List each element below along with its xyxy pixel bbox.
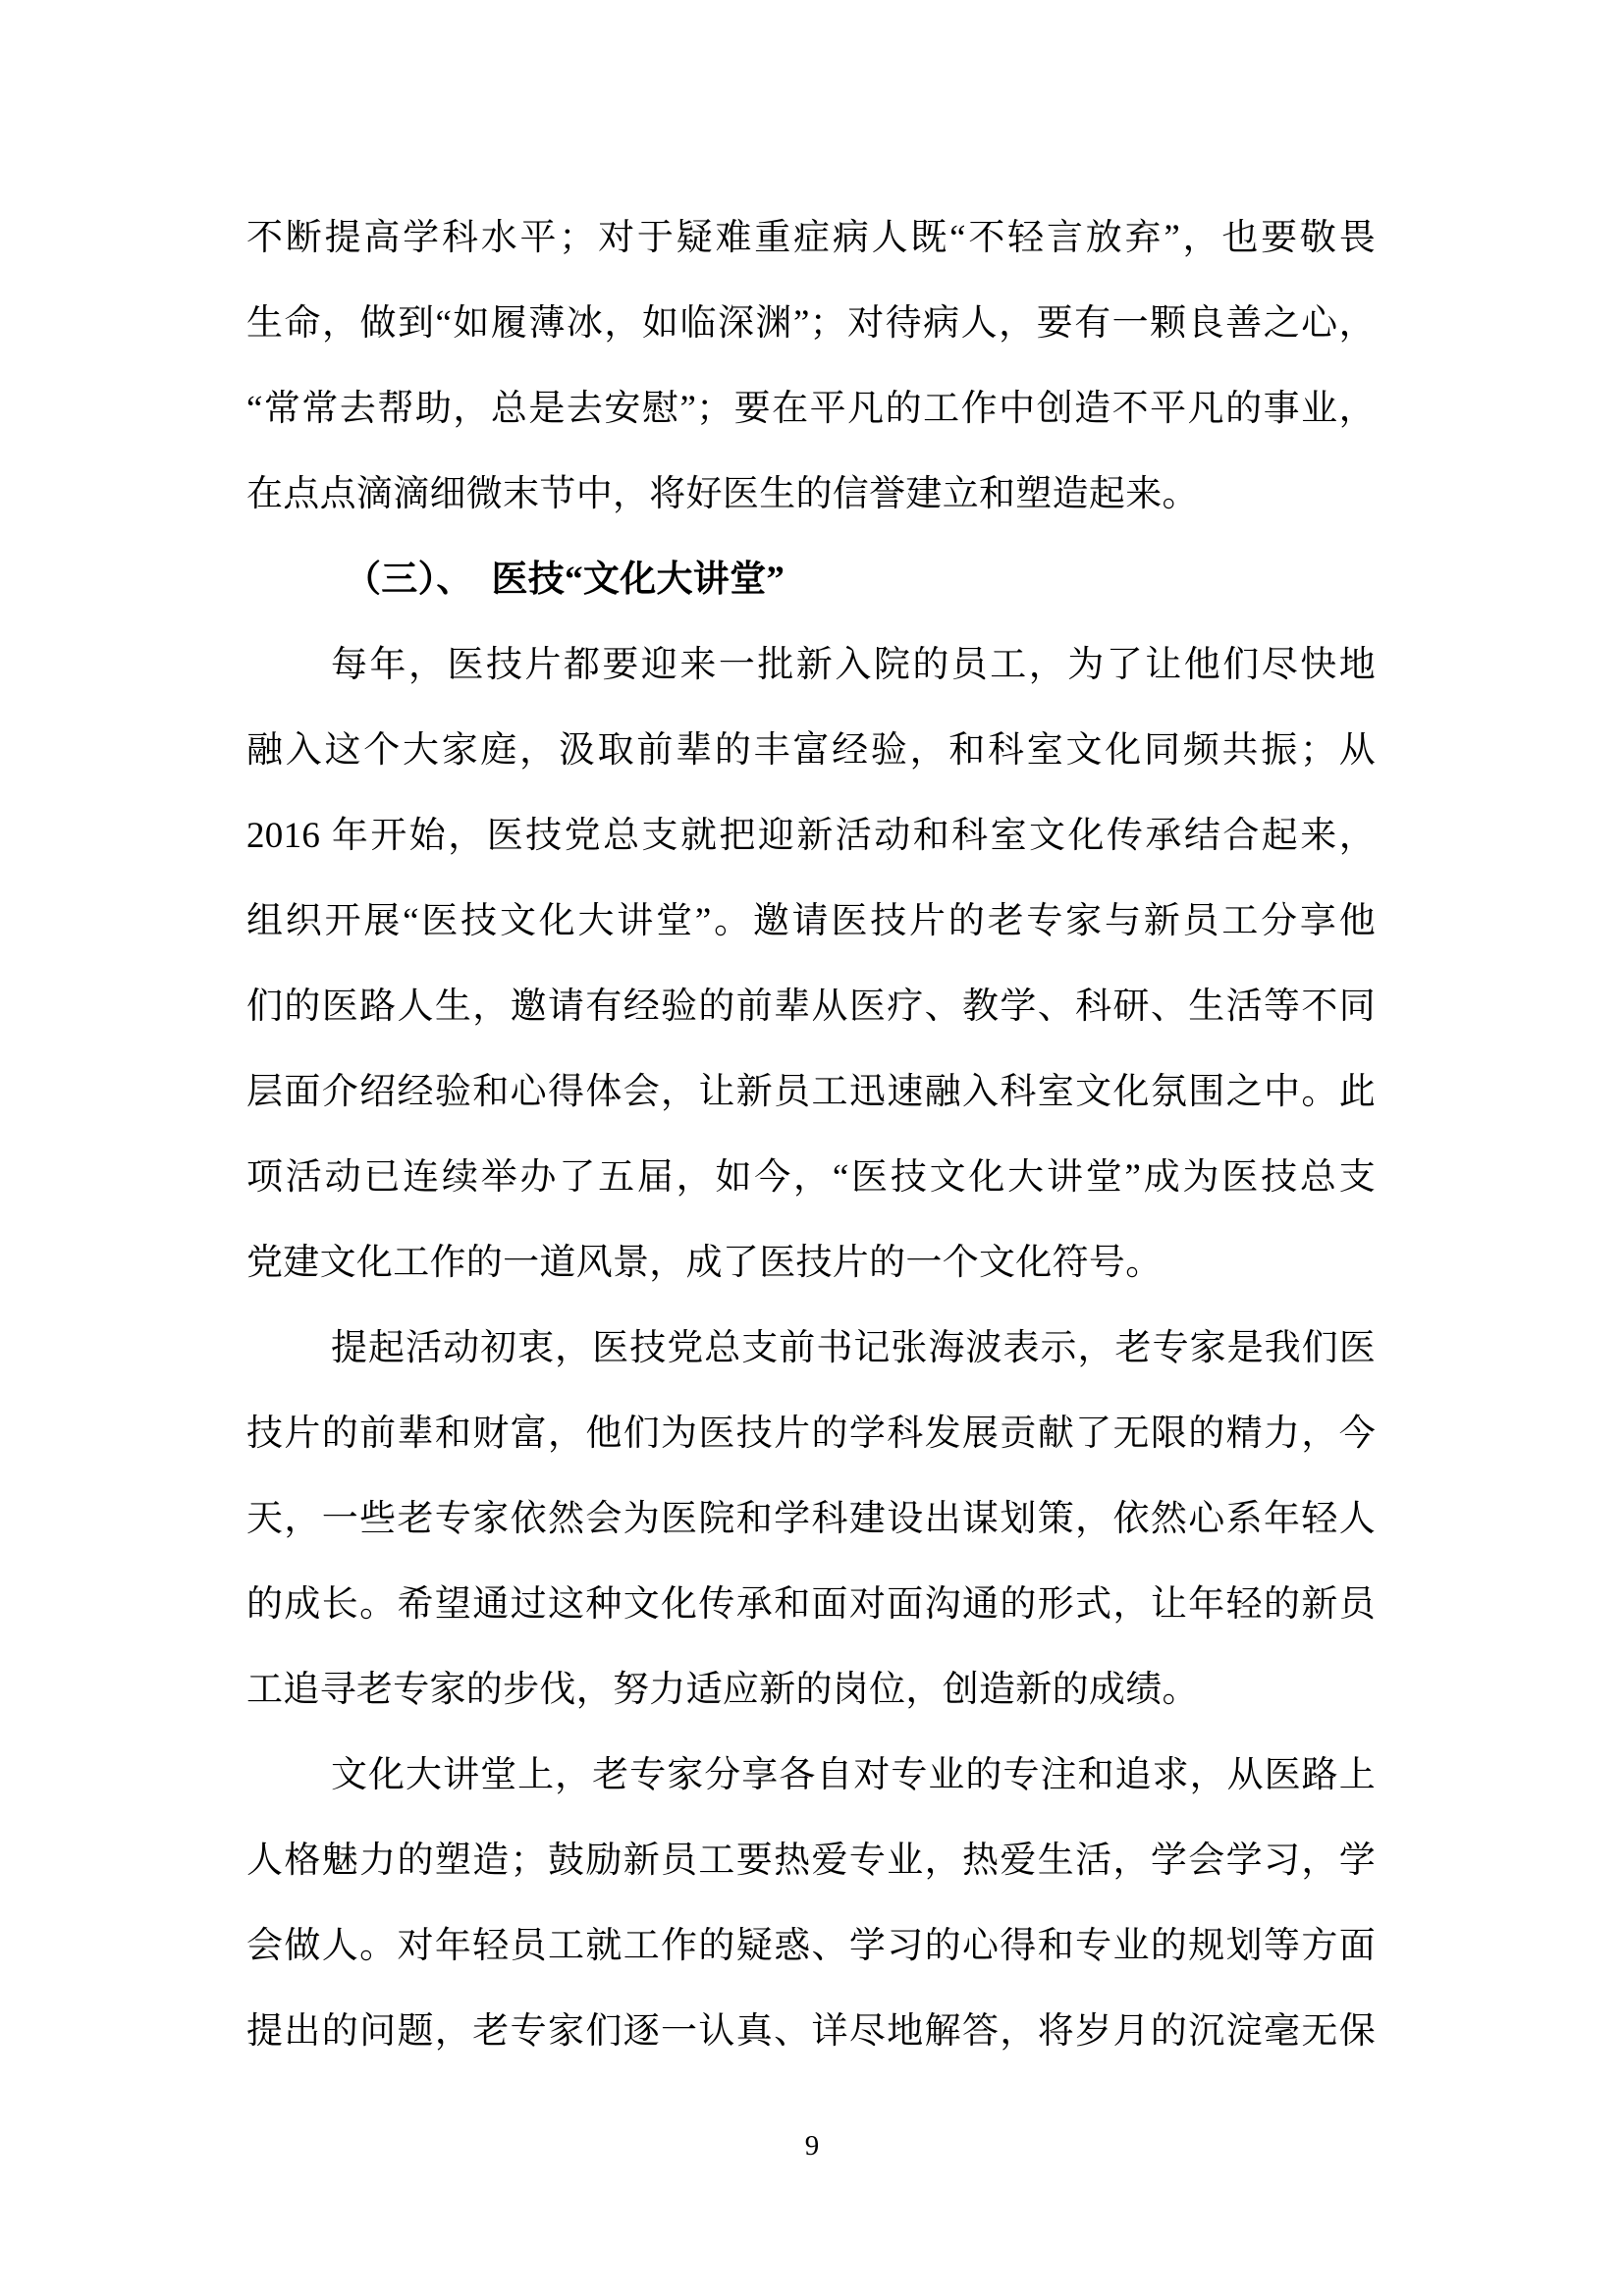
- section-heading: （三）、 医技“文化大讲堂”: [246, 537, 1376, 622]
- page-number: 9: [805, 2130, 820, 2162]
- text-line: 不断提高学科水平；对于疑难重症病人既“不轻言放弃”，也要敬畏: [246, 195, 1376, 281]
- text-line: 生命，做到“如履薄冰，如临深渊”；对待病人，要有一颗良善之心，: [246, 281, 1376, 366]
- text-line: 工追寻老专家的步伐，努力适应新的岗位，创造新的成绩。: [246, 1647, 1376, 1733]
- text-line: 提出的问题，老专家们逐一认真、详尽地解答，将岁月的沉淀毫无保: [246, 1989, 1376, 2074]
- text-line: 的成长。希望通过这种文化传承和面对面沟通的形式，让年轻的新员: [246, 1562, 1376, 1647]
- document-page: 不断提高学科水平；对于疑难重症病人既“不轻言放弃”，也要敬畏生命，做到“如履薄冰…: [0, 0, 1624, 2296]
- text-line: 技片的前辈和财富，他们为医技片的学科发展贡献了无限的精力，今: [246, 1391, 1376, 1476]
- text-line: 文化大讲堂上，老专家分享各自对专业的专注和追求，从医路上: [246, 1733, 1376, 1818]
- text-line: 在点点滴滴细微末节中，将好医生的信誉建立和塑造起来。: [246, 452, 1376, 537]
- text-line: 党建文化工作的一道风景，成了医技片的一个文化符号。: [246, 1220, 1376, 1306]
- text-line: 2016 年开始，医技党总支就把迎新活动和科室文化传承结合起来，: [246, 793, 1376, 879]
- text-line: 会做人。对年轻员工就工作的疑惑、学习的心得和专业的规划等方面: [246, 1903, 1376, 1989]
- text-line: 提起活动初衷，医技党总支前书记张海波表示，老专家是我们医: [246, 1306, 1376, 1391]
- text-line: 们的医路人生，邀请有经验的前辈从医疗、教学、科研、生活等不同: [246, 964, 1376, 1049]
- text-block: 不断提高学科水平；对于疑难重症病人既“不轻言放弃”，也要敬畏生命，做到“如履薄冰…: [246, 195, 1376, 2074]
- text-line: 项活动已连续举办了五届，如今，“医技文化大讲堂”成为医技总支: [246, 1135, 1376, 1220]
- page-footer: 9: [0, 2130, 1624, 2162]
- text-line: 层面介绍经验和心得体会，让新员工迅速融入科室文化氛围之中。此: [246, 1049, 1376, 1135]
- text-line: 天，一些老专家依然会为医院和学科建设出谋划策，依然心系年轻人: [246, 1476, 1376, 1562]
- text-line: 组织开展“医技文化大讲堂”。邀请医技片的老专家与新员工分享他: [246, 879, 1376, 964]
- text-line: 每年，医技片都要迎来一批新入院的员工，为了让他们尽快地: [246, 622, 1376, 708]
- text-line: 人格魅力的塑造；鼓励新员工要热爱专业，热爱生活，学会学习，学: [246, 1818, 1376, 1903]
- text-line: “常常去帮助，总是去安慰”；要在平凡的工作中创造不平凡的事业，: [246, 366, 1376, 452]
- text-line: 融入这个大家庭，汲取前辈的丰富经验，和科室文化同频共振；从: [246, 708, 1376, 793]
